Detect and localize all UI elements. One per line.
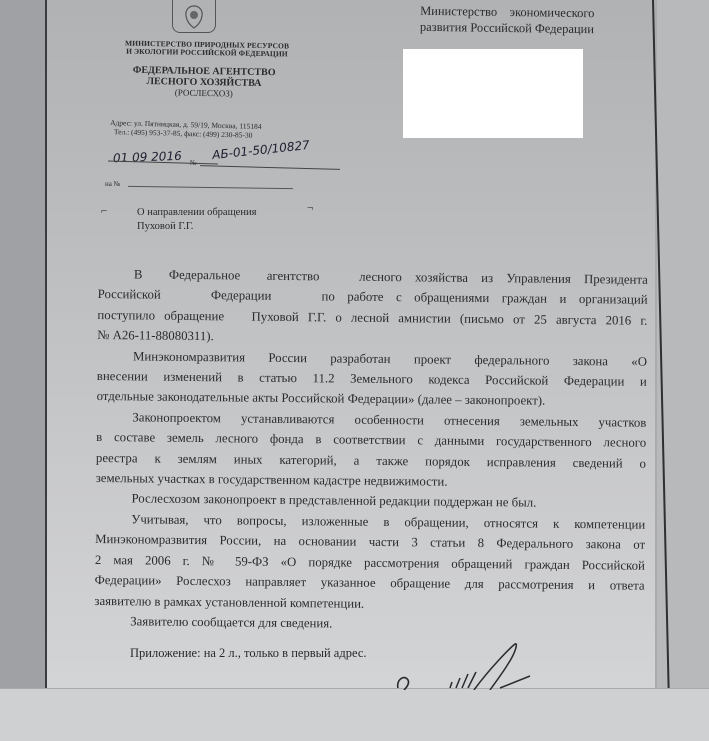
paragraph-2: Минэкономразвития России разработан прое… [97, 346, 648, 413]
background-right [657, 0, 709, 741]
paragraph-3: Законопроектом устанавливаются особеннос… [96, 407, 647, 494]
page-edge-left [45, 0, 47, 690]
number-label: № [190, 159, 197, 167]
redacted-area [403, 49, 583, 138]
recipient-block: Министерство экономического развития Рос… [420, 3, 595, 37]
bracket-left-icon: ⌐ [101, 205, 107, 217]
subject-line-2: Пуховой Г.Г. [137, 220, 256, 234]
paragraph-5: Учитывая, что вопросы, изложенные в обра… [94, 509, 645, 617]
bracket-right-icon: ¬ [307, 202, 313, 214]
recipient-line-2: развития Российской Федерации [420, 19, 595, 37]
letter-subject: О направлении обращения Пуховой Г.Г. [137, 206, 256, 234]
ministry-name: МИНИСТЕРСТВО ПРИРОДНЫХ РЕСУРСОВ И ЭКОЛОГ… [112, 39, 302, 58]
subject-line-1: О направлении обращения [137, 206, 256, 220]
reply-to-label: на № [105, 180, 120, 188]
attachment-note: Приложение: на 2 л., только в первый адр… [130, 646, 367, 661]
background-left [0, 0, 47, 741]
paragraph-1: В Федеральное агентство лесного хозяйств… [97, 264, 648, 351]
signature-icon [390, 638, 540, 690]
underlying-sheet [0, 688, 709, 741]
agency-name: ФЕДЕРАЛЬНОЕ АГЕНТСТВО ЛЕСНОГО ХОЗЯЙСТВА … [114, 64, 295, 100]
letter-body: В Федеральное агентство лесного хозяйств… [94, 264, 648, 637]
coat-of-arms-icon [172, 0, 216, 33]
